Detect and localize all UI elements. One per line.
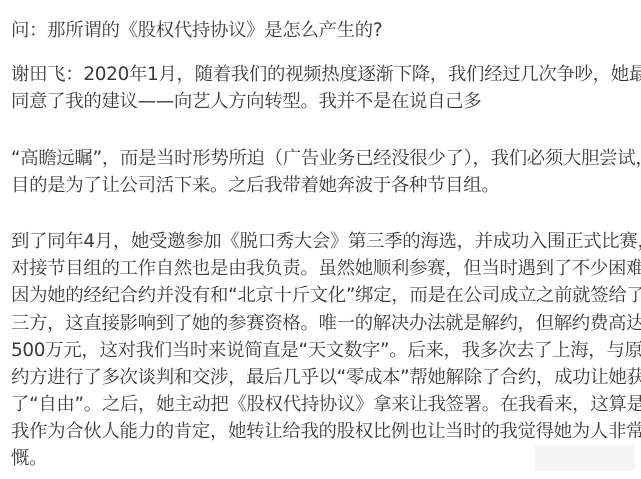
text-line: 因为她的经纪合约并没有和“北京十斤文化”绑定，而是在公司成立之前就签给了第 xyxy=(11,282,636,309)
paragraph-gap xyxy=(11,44,636,61)
text-line: 到了同年4月，她受邀参加《脱口秀大会》第三季的海选，并成功入围正式比赛， xyxy=(11,228,636,255)
paragraph-gap xyxy=(11,199,636,228)
watermark xyxy=(535,445,635,471)
text-line: 约方进行了多次谈判和交涉，最后几乎以“零成本”帮她解除了合约，成功让她获得 xyxy=(11,364,636,391)
text-line: 对接节目组的工作自然也是由我负责。虽然她顺利参赛，但当时遇到了不少困难， xyxy=(11,255,636,282)
answer-paragraph-2: “高瞻远瞩”，而是当时形势所迫（广告业务已经没很少了），我们必须大胆尝试， 目的… xyxy=(11,145,636,199)
answer-paragraph-1: 谢田飞：2020年1月，随着我们的视频热度逐渐下降，我们经过几次争吵，她最终 同… xyxy=(11,61,636,115)
text-line: 我作为合伙人能力的肯定，她转让给我的股权比例也让当时的我觉得她为人非常慷 xyxy=(11,418,636,445)
text-line: 了“自由”。之后，她主动把《股权代持协议》拿来让我签署。在我看来，这算是对 xyxy=(11,391,636,418)
text-line: 谢田飞：2020年1月，随着我们的视频热度逐渐下降，我们经过几次争吵，她最终 xyxy=(11,61,636,88)
text-line: 同意了我的建议——向艺人方向转型。我并不是在说自己多 xyxy=(11,88,636,115)
text-line: 三方，这直接影响到了她的参赛资格。唯一的解决办法就是解约，但解约费高达 xyxy=(11,310,636,337)
answer-paragraph-3: 到了同年4月，她受邀参加《脱口秀大会》第三季的海选，并成功入围正式比赛， 对接节… xyxy=(11,228,636,473)
text-line: 问：那所谓的《股权代持协议》是怎么产生的? xyxy=(11,17,636,44)
text-line: “高瞻远瞩”，而是当时形势所迫（广告业务已经没很少了），我们必须大胆尝试， xyxy=(11,145,636,172)
text-line: 目的是为了让公司活下来。之后我带着她奔波于各种节目组。 xyxy=(11,172,636,199)
paragraph-gap xyxy=(11,116,636,145)
text-line: 500万元，这对我们当时来说简直是“天文数字”。后来，我多次去了上海，与原合 xyxy=(11,337,636,364)
question-paragraph: 问：那所谓的《股权代持协议》是怎么产生的? xyxy=(11,17,636,44)
article: 问：那所谓的《股权代持协议》是怎么产生的? 谢田飞：2020年1月，随着我们的视… xyxy=(11,17,636,473)
